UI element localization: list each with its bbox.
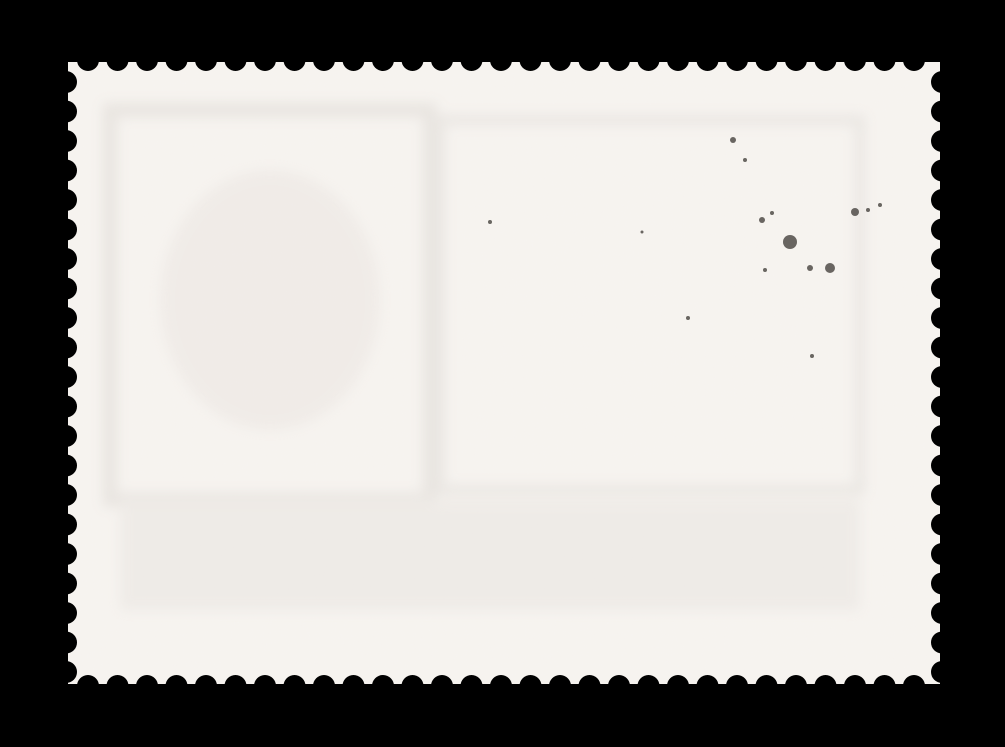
stamp-photo: [0, 0, 1005, 747]
stamp-back: [0, 0, 1005, 747]
